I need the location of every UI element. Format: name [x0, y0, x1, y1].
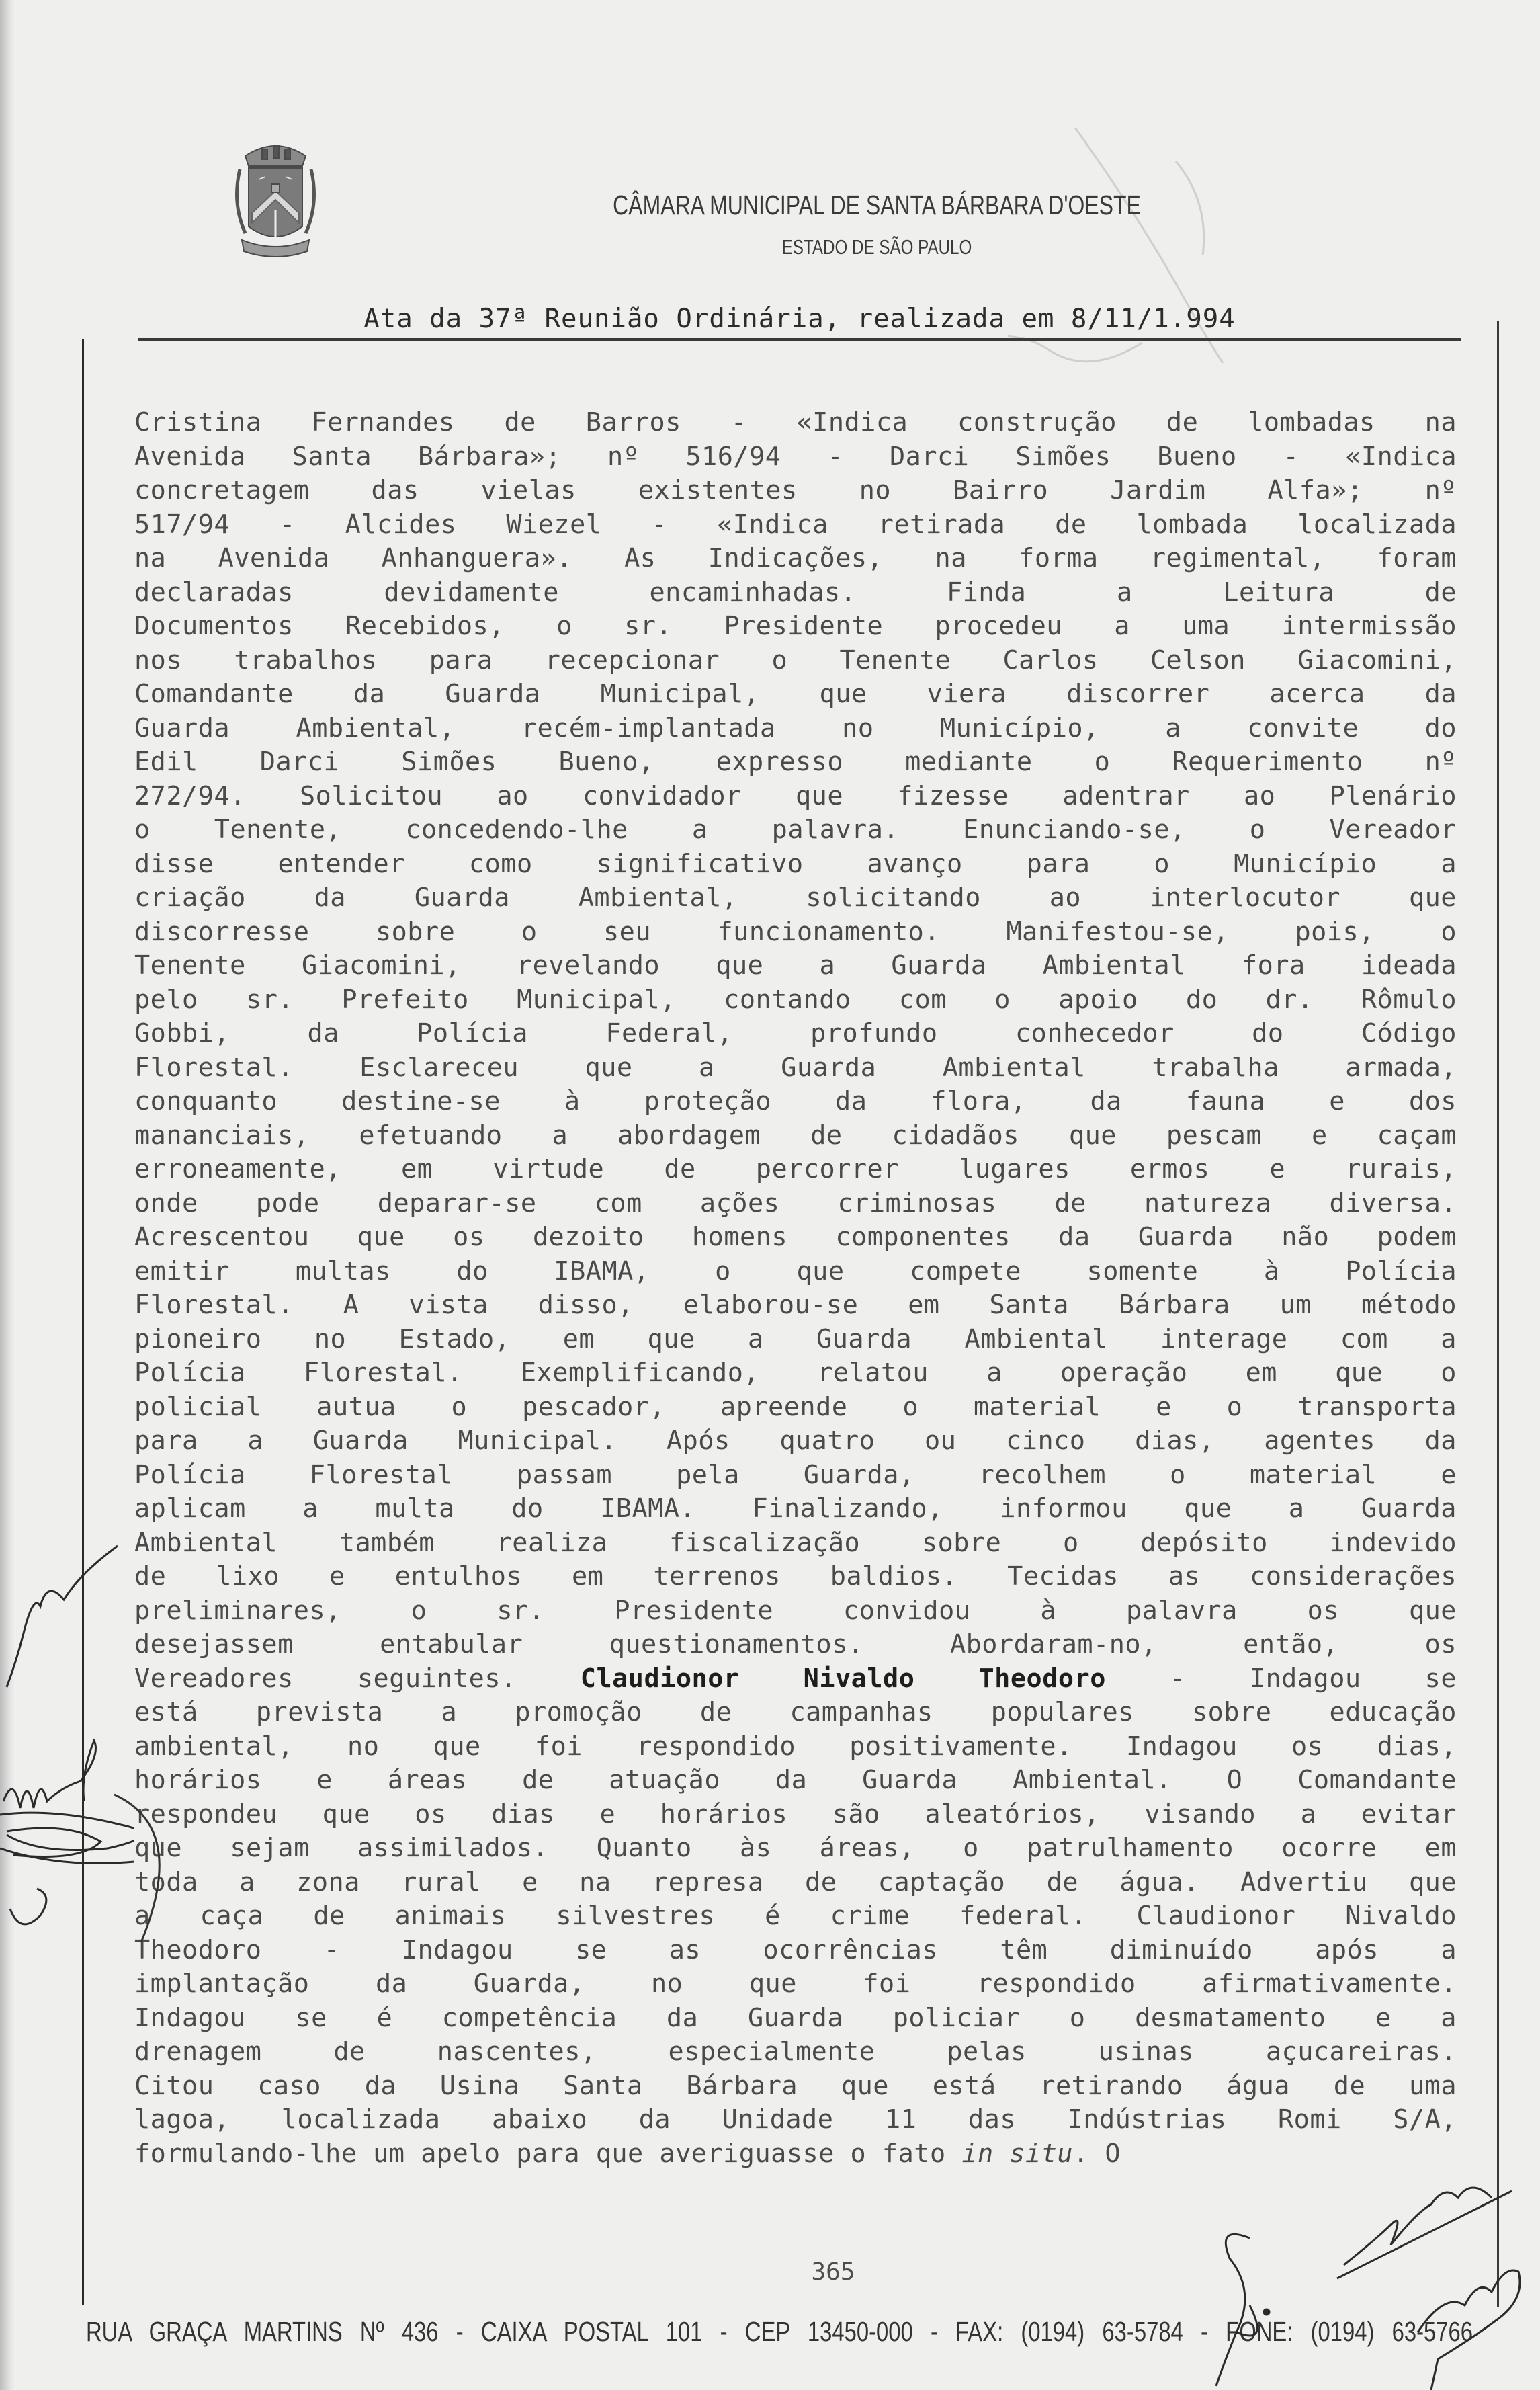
text-line: está prevista a promoção de campanhas po… [134, 1696, 1457, 1730]
text-line: horários e áreas de atuação da Guarda Am… [134, 1764, 1457, 1798]
text-line: concretagem das vielas existentes no Bai… [134, 474, 1457, 508]
text-line: Tenente Giacomini, revelando que a Guard… [134, 949, 1457, 983]
text-line: aplicam a multa do IBAMA. Finalizando, i… [134, 1492, 1457, 1526]
state-name: ESTADO DE SÃO PAULO [560, 235, 1194, 259]
text-line: Florestal. Esclareceu que a Guarda Ambie… [134, 1051, 1457, 1085]
institution-name: CÂMARA MUNICIPAL DE SANTA BÁRBARA D'OEST… [560, 190, 1194, 221]
text-line: mananciais, efetuando a abordagem de cid… [134, 1119, 1457, 1153]
text-line: preliminares, o sr. Presidente convidou … [134, 1594, 1457, 1629]
text-line: Gobbi, da Polícia Federal, profundo conh… [134, 1017, 1457, 1051]
text-line: declaradas devidamente encaminhadas. Fin… [134, 576, 1457, 610]
municipal-coat-of-arms-icon [225, 129, 326, 263]
text-line: Guarda Ambiental, recém-implantada no Mu… [134, 712, 1457, 746]
text-line: Polícia Florestal passam pela Guarda, re… [134, 1458, 1457, 1493]
text-line: Indagou se é competência da Guarda polic… [134, 2002, 1457, 2036]
text-line: emitir multas do IBAMA, o que compete so… [134, 1255, 1457, 1289]
page-number: 365 [793, 2258, 873, 2286]
latin-phrase: in situ [961, 2139, 1073, 2169]
text-line: Vereadores seguintes. Claudionor Nivaldo… [134, 1662, 1457, 1696]
footer-signatures-icon [1176, 2184, 1525, 2390]
text-line: que sejam assimilados. Quanto às áreas, … [134, 1831, 1457, 1866]
scan-edge-shadow [0, 0, 15, 2390]
text-line: discorresse sobre o seu funcionamento. M… [134, 915, 1457, 950]
text-line: Comandante da Guarda Municipal, que vier… [134, 677, 1457, 712]
text-line: Polícia Florestal. Exemplificando, relat… [134, 1356, 1457, 1391]
bleed-through-signature-icon [1008, 121, 1344, 403]
title-underline [138, 338, 1461, 341]
speaker-name: Claudionor Nivaldo Theodoro [581, 1663, 1106, 1694]
text-line: Citou caso da Usina Santa Bárbara que es… [134, 2069, 1457, 2104]
text-line: drenagem de nascentes, especialmente pel… [134, 2035, 1457, 2069]
text-line: conquanto destine-se à proteção da flora… [134, 1085, 1457, 1119]
footer-address-text: RUA GRAÇA MARTINS Nº 436 - CAIXA POSTAL … [86, 2316, 1473, 2348]
text-line: na Avenida Anhanguera». As Indicações, n… [134, 542, 1457, 576]
text-line: toda a zona rural e na represa de captaç… [134, 1866, 1457, 1900]
text-line: de lixo e entulhos em terrenos baldios. … [134, 1560, 1457, 1594]
text-line: 272/94. Solicitou ao convidador que fize… [134, 780, 1457, 814]
text-line: respondeu que os dias e horários são ale… [134, 1798, 1457, 1832]
text-line: erroneamente, em virtude de percorrer lu… [134, 1153, 1457, 1187]
text-line: Florestal. A vista disso, elaborou-se em… [134, 1288, 1457, 1323]
text-line: policial autua o pescador, apreende o ma… [134, 1391, 1457, 1425]
text-line: disse entender como significativo avanço… [134, 848, 1457, 882]
text-line: lagoa, localizada abaixo da Unidade 11 d… [134, 2103, 1457, 2137]
text-line: a caça de animais silvestres é crime fed… [134, 1899, 1457, 1934]
text-line: onde pode deparar-se com ações criminosa… [134, 1187, 1457, 1221]
text-line: formulando-lhe um apelo para que averigu… [134, 2137, 1457, 2172]
text-line: Acrescentou que os dezoito homens compon… [134, 1221, 1457, 1255]
right-margin-rule [1497, 321, 1499, 2307]
margin-signatures-icon [0, 1532, 134, 2016]
text-line: Edil Darci Simões Bueno, expresso median… [134, 745, 1457, 780]
text-line: nos trabalhos para recepcionar o Tenente… [134, 644, 1457, 678]
text-line: para a Guarda Municipal. Após quatro ou … [134, 1424, 1457, 1458]
text-line: Cristina Fernandes de Barros - «Indica c… [134, 406, 1457, 440]
footer-address: RUA GRAÇA MARTINS Nº 436 - CAIXA POSTAL … [86, 2316, 1196, 2348]
text-line: desejassem entabular questionamentos. Ab… [134, 1628, 1457, 1662]
text-line: Avenida Santa Bárbara»; nº 516/94 - Darc… [134, 440, 1457, 475]
text-line: pioneiro no Estado, em que a Guarda Ambi… [134, 1323, 1457, 1357]
text-line: Theodoro - Indagou se as ocorrências têm… [134, 1934, 1457, 1968]
text-line: criação da Guarda Ambiental, solicitando… [134, 881, 1457, 915]
text-line: pelo sr. Prefeito Municipal, contando co… [134, 983, 1457, 1018]
text-line: 517/94 - Alcides Wiezel - «Indica retira… [134, 508, 1457, 542]
minutes-body: Cristina Fernandes de Barros - «Indica c… [134, 406, 1457, 2171]
text-line: implantação da Guarda, no que foi respon… [134, 1967, 1457, 2002]
left-margin-rule [82, 339, 84, 2305]
minutes-title: Ata da 37ª Reunião Ordinária, realizada … [138, 304, 1461, 334]
text-line: o Tenente, concedendo-lhe a palavra. Enu… [134, 813, 1457, 848]
text-line: Documentos Recebidos, o sr. Presidente p… [134, 610, 1457, 644]
text-line: Ambiental também realiza fiscalização so… [134, 1526, 1457, 1561]
text-line: ambiental, no que foi respondido positiv… [134, 1730, 1457, 1764]
